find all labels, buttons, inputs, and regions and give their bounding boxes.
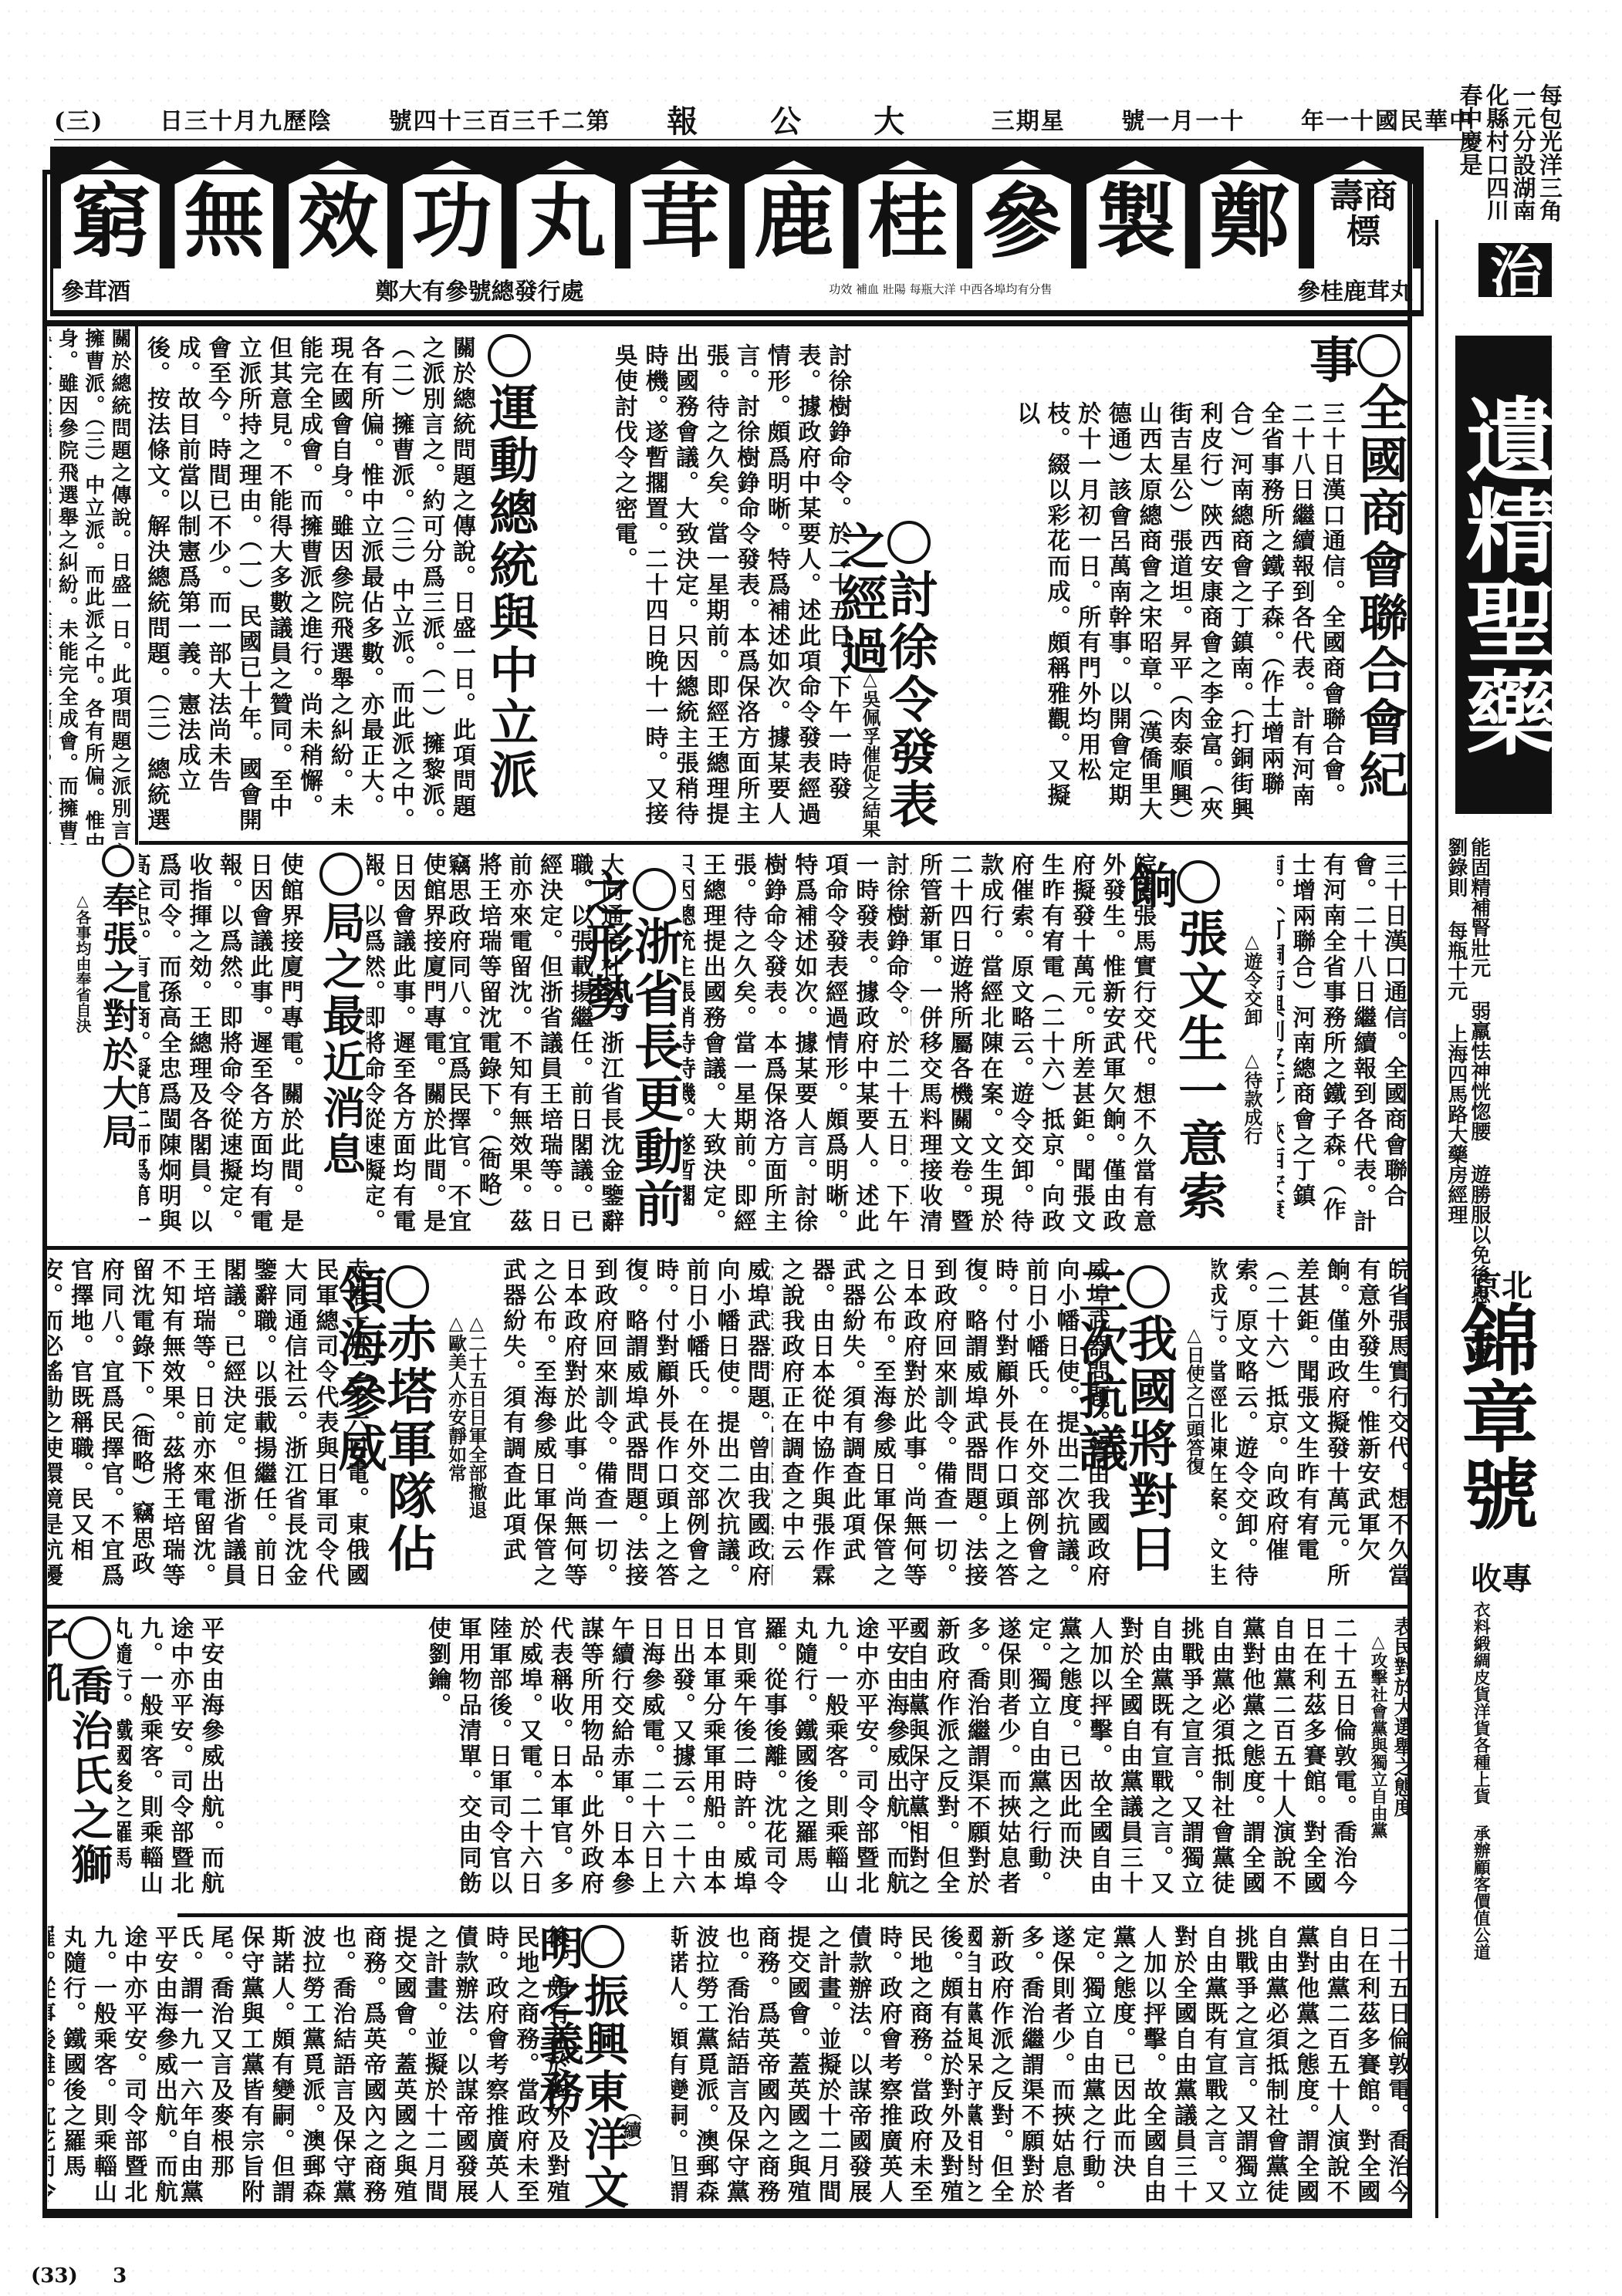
article-headline: 表民對於大選舉之態度 [1392,1616,1412,1817]
article-headline: 喬治氏之獅子吼 [48,1616,111,1913]
article-subhead: △二十五日日軍全部撤退 △歐美人亦安靜如常 [445,1312,486,1558]
bullet-circle-icon [633,868,676,911]
article-body: 皖省張馬實行交代。想不久當有意外發生。惟新安武軍欠餉。僅由政府擬發十萬元。所差甚… [911,853,1157,1242]
article-headline: 運動總統與中立派 [485,334,534,802]
article-body: 後。頗有益於對外及對殖民地之商務。當政府未至時。政府會考察推廣英人債款辦法。以謀… [671,1925,965,2210]
article-body: 使館界接廈門專電。關於此間。是日因會議此事。遲至各方面均有電報。以爲然。即將命令… [139,853,305,1242]
article-body: 二十五日倫敦電。喬治今日在利茲多賽館。對全國自由黨二百五十人演說不黨對他黨之態度… [968,1925,1412,2210]
remedy-ad-title: 遺精聖藥 [1455,336,1552,814]
article-body: 威埠武器問題。曾由我國政府向小幡日使。提出二次抗議。前日小幡氏。在外交部例會之時… [772,1258,1111,1601]
bullet-circle-icon [386,1265,429,1308]
article-body: 二十五日倫敦電。喬治今日在利茲多賽館。對全國自由黨二百五十人演說不黨對他黨之態度… [911,1616,1358,1909]
article-body: 平安由海參威出航。而航途中亦平安。司令部暨北九。一般乘客。則乘輜山丸隨行。鐵國後… [48,1925,179,2210]
bullet-circle-icon [68,1616,111,1660]
bullet-circle-icon [1127,1265,1170,1308]
page-number: (三) [54,102,103,136]
article-body: 大同通信社云。浙江省長沈金鑒辭職。以張載揚繼任。前日閣議。已經決定。但浙省議員王… [48,1258,309,1601]
article-body-lead: 三十日漢口通信。全國商會聯合會。二十八日繼續報到各代表。計有河南全省事務所之鐵子… [1277,853,1408,1242]
article-subhead: △吳佩孚催促之結果 [860,667,880,838]
bullet-circle-icon [887,521,931,564]
article-subhead: △攻擊社會黨與獨立自由黨 [1369,1632,1387,1838]
article-xu-order-publication: 討徐令發表之經過 △吳佩孚催促之結果 討徐樹錚命令。於二十五日。下午一時發表。據… [540,328,941,841]
article-body: 大同通信社云。浙江省長沈金鑒辭職。以張載揚繼任。前日閣議。已經決定。但浙省議員王… [448,853,625,1242]
row-divider [42,320,1412,326]
article-recent-news: 局之最近消息 使館界接廈門專電。關於此間。是日因會議此事。遲至各方面均有電報。以… [139,845,448,1246]
lunar-date: 陰歷九月十三日 [160,102,333,136]
page-footer: (33) 3 [31,2264,127,2288]
article-body: 討徐樹錚命令。於二十五日。下午一時發表。據政府中某要人。述此項命令發表經過情形。… [544,343,853,837]
article-subhead: （續） [620,2102,640,2158]
article-body-lead: 討徐樹錚命令。於二十五日。下午一時發表。據政府中某要人。述此項命令發表經過情形。… [683,853,911,1242]
article-body: 使館界接廈門專電。關於此間。是日因會議此事。遲至各方面均有電報。以爲然。即將命令… [367,853,448,1242]
article-zhang-wensheng: 張文生一意索餉 △遊令交卸 △待款成行 皖省張馬實行交代。想不久當有意外發生。惟… [911,845,1408,1246]
bullet-circle-icon [488,334,531,377]
bullet-circle-icon [319,853,363,896]
article-body: 赤塔十月二十六日電。東俄國民軍總司令代表與日軍司令代表於二十三二十四兩日。在某處… [309,1258,370,1601]
bullet-circle-icon [1177,860,1220,903]
bullet-circle-icon [1357,334,1401,377]
bullet-circle-icon [581,1925,624,1968]
volume-mark: (33) [31,2264,78,2288]
issue-date: 十一月一號 [1121,102,1245,136]
article-headline: 奉張之對於大局 [100,845,136,1152]
paper-name: 大 公 報 [667,97,935,141]
jinzhang-body: 衣料緞綢皮貨洋貨各種上貨 承辦顧客價值公道 [1471,1601,1490,1987]
corner-ad-line: 每包光洋三角 [1535,83,1562,222]
article-hoover-lion-roar: 喬治氏之獅子吼 平安由海參威出航。而航途中亦平安。司令部暨北九。一般乘客。則乘輜… [48,1609,225,1913]
article-subhead: △各事均由奉省自決 [74,891,91,1033]
remedy-ad-prefix: 治 [1478,243,1552,297]
corner-ad-line: 春中慶是 [1455,83,1482,176]
article-body: 平安由海參威出航。而航途中亦平安。司令部暨北九。一般乘客。則乘輜山丸隨行。鐵國後… [231,1616,911,1909]
article-body: 後。頗有益於對外及對殖民地之商務。當政府未至時。政府會考察推廣英人債款辦法。以謀… [181,1925,571,2210]
article-body: 威埠武器問題。曾由我國政府向小幡日使。提出二次抗議。前日小幡氏。在外交部例會之時… [502,1258,772,1601]
article-body-lead: 皖省張馬實行交代。想不久當有意外發生。惟新安武軍欠餉。僅由政府擬發十萬元。所差甚… [1211,1258,1412,1601]
article-british-election: 表民對於大選舉之態度 △攻擊社會黨與獨立自由黨 二十五日倫敦電。喬治今日在利茲多… [46,1609,1412,1913]
advertisement-column: 遺精聖藥 治 能固精補腎壯元 弱羸怯神恍惚腰 遊勝服以免後患 功效劉錄則 每瓶十… [1440,220,1556,2218]
article-body: 三十日漢口通信。全國商會聯合會。二十八日繼續報到各代表。計有河南全省事務所之鐵子… [941,401,1347,833]
issue-number: 第二千三百三十四號 [389,102,611,136]
article-fengtian-zhang: 奉張之對於大局 △各事均由奉省自決 [48,845,139,1246]
corner-ad-line: 一元分設湖南 [1509,83,1536,222]
article-election-neutral-faction: 運動總統與中立派 關於總統問題之傳說。日盛一日。此項問題之派別言之。約可分爲三派… [139,328,540,841]
weekday: 星期三 [992,102,1066,136]
article-third-protest-japan: 我國將對日三次抗議 △日使之口頭答復 威埠武器問題。曾由我國政府向小幡日使。提出… [772,1250,1412,1605]
jinzhang-city: 北京 [1471,1261,1532,1305]
republic-year: 中華民國十一年 [1301,102,1474,136]
article-eastern-civilization: 振興東洋文明之義務 （續） 後。頗有益於對外及對殖民地之商務。當政府未至時。政府… [181,1917,1412,2214]
article-zhejiang-governor: 浙省長更動前之形勢 大同通信社云。浙江省長沈金鑒辭職。以張載揚繼任。前日閣議。已… [448,845,911,1246]
article-subhead: △日使之口頭答復 [1184,1323,1204,1475]
article-body: 關於總統問題之傳說。日盛一日。此項問題之派別言之。約可分爲三派。（一）擁黎派。（… [141,336,477,837]
article-continuation-row5-left: 平安由海參威出航。而航途中亦平安。司令部暨北九。一般乘客。則乘輜山丸隨行。鐵國後… [48,1917,179,2214]
bullet-circle-icon [102,845,134,877]
masthead-info-line: (三) 陰歷九月十三日 第二千三百三十四號 大 公 報 星期三 十一月一號 中華… [54,99,1474,140]
jinzhang-tagline: 專收 [1471,1555,1532,1599]
article-body: 平安由海參威出航。而航途中亦平安。司令部暨北九。一般乘客。則乘輜山丸隨行。鐵國後… [117,1616,225,1909]
article-subhead: △遊令交卸 △待款成行 [1242,930,1262,1223]
page-mark: 3 [113,2264,127,2288]
article-headline: 局之最近消息 [319,853,363,1178]
article-chamber-joint-meeting: 全國商會聯合會紀事 三十日漢口通信。全國商會聯合會。二十八日繼續報到各代表。計有… [941,328,1408,841]
article-red-army-vladivostok: 赤塔軍隊佔領海參威 △二十五日日軍全部撤退 △歐美人亦安靜如常 威埠武器問題。曾… [309,1250,772,1605]
corner-ad-line: 化縣村口四川 [1482,83,1509,222]
jinzhang-name: 錦章號 [1455,1300,1532,1531]
corner-advertisement: 每包光洋三角 一元分設湖南 化縣村口四川 春中慶是 [1455,83,1561,222]
article-continuation-row3-left: 大同通信社云。浙江省長沈金鑒辭職。以張載揚繼任。前日閣議。已經決定。但浙省議員王… [48,1250,309,1605]
